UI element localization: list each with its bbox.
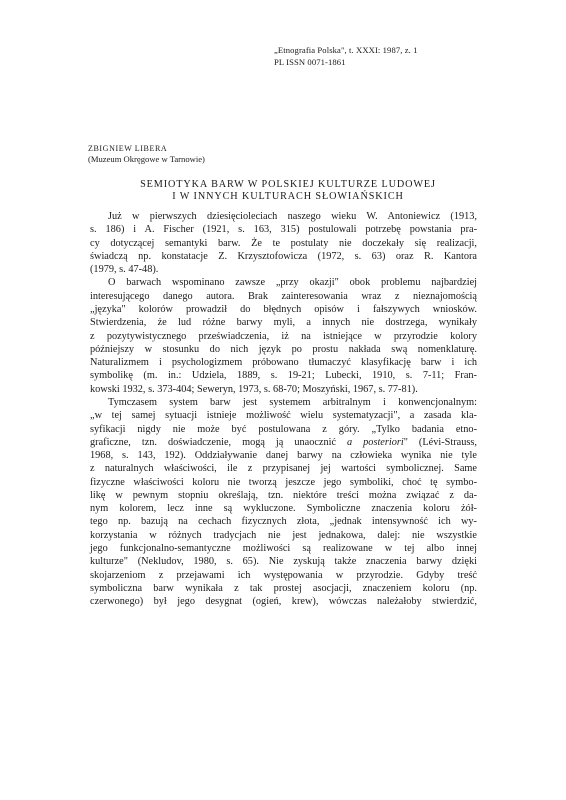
author-block: ZBIGNIEW LIBERA (Muzeum Okręgowe w Tarno…: [88, 143, 205, 165]
body-text-line: kulturze" (Nekludov, 1980, s. 65). Nie z…: [90, 555, 477, 568]
body-text-line: świadczą np. konstatacje Z. Krzysztofowi…: [90, 250, 477, 263]
journal-citation: „Etnografia Polska", t. XXXI: 1987, z. 1: [274, 44, 418, 56]
body-text-line: skojarzeniom z przejawami ich występowan…: [90, 569, 477, 582]
author-name: ZBIGNIEW LIBERA: [88, 143, 205, 154]
author-affiliation: (Muzeum Okręgowe w Tarnowie): [88, 154, 205, 165]
body-text-line: fizyczne właściwości koloru nie tworzą j…: [90, 476, 477, 489]
body-text-line: czerwonego) był jego desygnat (ogień, kr…: [90, 595, 477, 608]
body-text-line: symboliczna barw wynikała z tak prostej …: [90, 582, 477, 595]
article-title-line-2: I W INNYCH KULTURACH SŁOWIAŃSKICH: [88, 191, 488, 203]
body-text-line: likę w pewnym stopniu określają, tzn. ni…: [90, 489, 477, 502]
body-text-line: jego funkcjonalno-semantyczne możliwości…: [90, 542, 477, 555]
body-text-line: Naturalizmem i psychologizmem próbowano …: [90, 356, 477, 369]
body-text-line: Już w pierwszych dziesięcioleciach nasze…: [90, 210, 477, 223]
body-text-line: „języka" kolorów prowadził do błędnych o…: [90, 303, 477, 316]
body-text-line: 1968, s. 143, 192). Oddziaływanie danej …: [90, 449, 477, 462]
body-text-line: (1979, s. 47-48).: [90, 263, 477, 276]
body-text-line: cy dotyczącej semantyki barw. Że te post…: [90, 237, 477, 250]
body-text-line: tego np. bazują na cechach fizycznych zł…: [90, 515, 477, 528]
body-text-line: Stwierdzenia, że lud różne barwy myli, a…: [90, 316, 477, 329]
body-text-line: O barwach wspominano zawsze „przy okazji…: [90, 276, 477, 289]
article-title-line-1: SEMIOTYKA BARW W POLSKIEJ KULTURZE LUDOW…: [88, 179, 488, 191]
body-text-line: z naturalnych właściwości, ile z przypis…: [90, 462, 477, 475]
body-text-line: symbolikę (m. in.: Udziela, 1889, s. 19-…: [90, 369, 477, 382]
article-title: SEMIOTYKA BARW W POLSKIEJ KULTURZE LUDOW…: [88, 179, 488, 203]
body-text-line: nym kolorem, lecz inne są wykluczone. Sy…: [90, 502, 477, 515]
body-text-line: korzystania w różnych tradycjach nie jes…: [90, 529, 477, 542]
body-text-line: kowski 1932, s. 373-404; Seweryn, 1973, …: [90, 383, 477, 396]
body-text-line: z pozytywistycznego przeświadczenia, iż …: [90, 330, 477, 343]
body-text-line: interesującego danego autora. Brak zaint…: [90, 290, 477, 303]
journal-issn: PL ISSN 0071-1861: [274, 56, 418, 68]
body-text-line: s. 186) i A. Fischer (1921, s. 163, 315)…: [90, 223, 477, 236]
body-text-line: późniejszy w stosunku do nich język po p…: [90, 343, 477, 356]
body-text-line: graficzne, tzn. doświadczenie, mogą ją u…: [90, 436, 477, 449]
body-text-line: „w tej samej sytuacji istnieje możliwość…: [90, 409, 477, 422]
italic-phrase: a posteriori: [347, 437, 404, 448]
article-body: Już w pierwszych dziesięcioleciach nasze…: [90, 210, 477, 608]
body-text-line: Tymczasem system barw jest systemem arbi…: [90, 396, 477, 409]
journal-header: „Etnografia Polska", t. XXXI: 1987, z. 1…: [274, 44, 418, 68]
body-text-line: syfikacji nigdy nie może być postulowana…: [90, 423, 477, 436]
